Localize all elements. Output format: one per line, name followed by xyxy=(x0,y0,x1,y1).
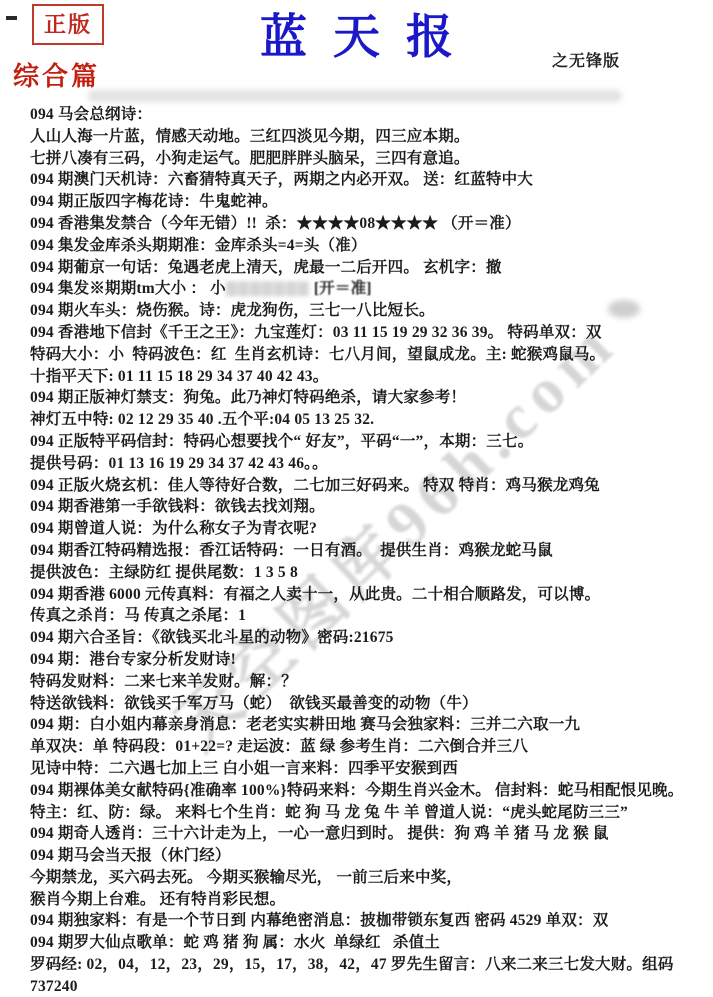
text-line: 特主：红、防：绿。 来料七个生肖：蛇 狗 马 龙 兔 牛 羊 曾道人说：“虎头蛇… xyxy=(30,802,692,824)
text-line: 094 香港地下信封《千王之王》：九宝莲灯：03 11 15 19 29 32 … xyxy=(30,322,692,344)
text-line-content: 094 期：港台专家分析发财诗! xyxy=(30,651,236,668)
text-line: 特送欲钱料：欲钱买千军万马（蛇） 欲钱买最善变的动物（牛） xyxy=(30,693,692,715)
text-line: 094 期火车头：烧伤猴。诗：虎龙狗伤，三七一八比短长。 xyxy=(30,300,692,322)
text-line-content: 094 期罗大仙点歌单：蛇 鸡 猪 狗 属：水火 单绿红 杀值土 xyxy=(30,934,440,951)
text-line: 094 期马会当天报（休门经） xyxy=(30,845,692,867)
text-line-content: 特码发财料：二来七来羊发财。解：？ xyxy=(30,673,297,690)
text-line: 094 期葡京一句话：兔遇老虎上清天，虎最一二后开四。 玄机字：撤 xyxy=(30,257,692,279)
text-line: 094 期：白小姐内幕亲身消息：老老实实耕田地 赛马会独家料：三并二六取一九 xyxy=(30,714,692,736)
text-line: 094 期独家料：有是一个节日到 内幕绝密消息：披枷带锁东复西 密码 4529 … xyxy=(30,910,692,932)
text-line: 094 期正版神灯禁支：狗兔。此乃神灯特码绝杀，请大家参考！ xyxy=(30,387,692,409)
newspaper-page: 正版 蓝天报 之无锋版 综合篇 天空图库96h.com 094 马会总纲诗：人山… xyxy=(0,0,713,997)
text-line: 特码大小：小 特码波色：红 生肖玄机诗：七八月间，望鼠成龙。主: 蛇猴鸡鼠马。 xyxy=(30,344,692,366)
text-line-content: 094 期正版神灯禁支：狗兔。此乃神灯特码绝杀，请大家参考！ xyxy=(30,389,466,406)
text-line: 七拼八凑有三码，小狗走运气。肥肥胖胖头脑呆，三四有意追。 xyxy=(30,148,692,170)
text-line: 094 期曾道人说：为什么称女子为青衣呢? xyxy=(30,518,692,540)
text-line: 神灯五中特: 02 12 29 35 40 .五个平:04 05 13 25 3… xyxy=(30,409,692,431)
text-line: 094 期奇人透肖：三十六计走为上，一心一意归到时。 提供：狗 鸡 羊 猪 马 … xyxy=(30,823,692,845)
text-line-content: 十指平天下: 01 11 15 18 29 34 37 40 42 43。 xyxy=(30,368,328,385)
text-line-content: 特送欲钱料：欲钱买千军万马（蛇） 欲钱买最善变的动物（牛） xyxy=(30,695,478,712)
text-line-content: 094 期澳门天机诗：六畜猜特真天子，两期之内必开双。 送：红蓝特中大 xyxy=(30,171,533,188)
text-line: 今期禁龙，买六码去死。 今期买猴输尽光， 一前三后来中奖， xyxy=(30,867,692,889)
text-line: 094 期六合圣旨：《欲钱买北斗星的动物》密码:21675 xyxy=(30,627,692,649)
text-line-content: 094 期裸体美女献特码{准确率 100%}特码来料：今期生肖兴金木。 信封料：… xyxy=(30,782,683,799)
text-line-content: 094 香港集发禁合（今年无错）!! 杀：★★★★08★★★★ （开＝准） xyxy=(30,215,521,232)
text-line-content: 人山人海一片蓝，情感天动地。三红四淡见今期，四三应本期。 xyxy=(30,128,470,145)
text-line-content: 传真之杀肖：马 传真之杀尾：1 xyxy=(30,607,246,624)
text-line: 094 期香港 6000 元传真料：有福之人卖十一，从此贵。二十相合顺路发，可以… xyxy=(30,584,692,606)
text-line-content: 神灯五中特: 02 12 29 35 40 .五个平:04 05 13 25 3… xyxy=(30,411,374,428)
text-line-content: 094 期正版四字梅花诗：牛鬼蛇神。 xyxy=(30,193,278,210)
semi-obscured-text: [开＝准] xyxy=(310,278,372,300)
text-line: 094 正版火烧玄机：佳人等待好合数，二七加三好码来。 特双 特肖：鸡马猴龙鸡兔 xyxy=(30,475,692,497)
text-line-content: 094 正版特平码信封：特码心想要找个“ 好友”，平码“一”，本期：三七。 xyxy=(30,433,533,450)
text-line-content: 094 马会总纲诗： xyxy=(30,106,152,123)
scan-smudge-band xyxy=(88,90,622,102)
text-line: 见诗中特：二六遇七加上三 白小姐一言来料：四季平安猴到西 xyxy=(30,758,692,780)
text-line-content: 094 期曾道人说：为什么称女子为青衣呢? xyxy=(30,520,317,537)
text-line-content: 今期禁龙，买六码去死。 今期买猴输尽光， 一前三后来中奖， xyxy=(30,869,462,886)
text-line: 094 集发金库杀头期期准：金库杀头=4=头（准） xyxy=(30,235,692,257)
text-line: 094 期罗大仙点歌单：蛇 鸡 猪 狗 属：水火 单绿红 杀值土 xyxy=(30,932,692,954)
tips-text-block: 094 马会总纲诗：人山人海一片蓝，情感天动地。三红四淡见今期，四三应本期。七拼… xyxy=(30,104,692,997)
text-line-content: 094 期：白小姐内幕亲身消息：老老实实耕田地 赛马会独家料：三并二六取一九 xyxy=(30,716,580,733)
text-line-content: 见诗中特：二六遇七加上三 白小姐一言来料：四季平安猴到西 xyxy=(30,760,458,777)
text-line-content: 提供号码：01 13 16 19 29 34 37 42 43 46。。 xyxy=(30,455,328,472)
text-line: 094 马会总纲诗： xyxy=(30,104,692,126)
text-line-content: 提供波色：主绿防红 提供尾数：1 3 5 8 xyxy=(30,564,298,581)
text-line: 094 期裸体美女献特码{准确率 100%}特码来料：今期生肖兴金木。 信封料：… xyxy=(30,780,692,802)
edition-label: 之无锋版 xyxy=(552,48,620,71)
text-line: 提供号码：01 13 16 19 29 34 37 42 43 46。。 xyxy=(30,453,692,475)
text-line: 094 香港集发禁合（今年无错）!! 杀：★★★★08★★★★ （开＝准） xyxy=(30,213,692,235)
text-line-content: 094 期奇人透肖：三十六计走为上，一心一意归到时。 提供：狗 鸡 羊 猪 马 … xyxy=(30,825,609,842)
text-line-content: 罗码经: 02，04，12，23，29，15，17，38，42，47 罗先生留言… xyxy=(30,956,678,995)
text-line: 094 期澳门天机诗：六畜猜特真天子，两期之内必开双。 送：红蓝特中大 xyxy=(30,169,692,191)
text-line: 094 集发※期期tm大小 ： 小▒▒▒▒▒▒▒ [开＝准] xyxy=(30,278,692,300)
obscured-text: ▒▒▒▒▒▒▒ xyxy=(226,280,310,299)
text-line-content: 特主：红、防：绿。 来料七个生肖：蛇 狗 马 龙 兔 牛 羊 曾道人说：“虎头蛇… xyxy=(30,804,628,821)
text-line: 提供波色：主绿防红 提供尾数：1 3 5 8 xyxy=(30,562,692,584)
text-line-content: 094 期香江特码精选报：香江话特码：一日有酒。 提供生肖：鸡猴龙蛇马鼠 xyxy=(30,542,553,559)
text-line-content: 094 期独家料：有是一个节日到 内幕绝密消息：披枷带锁东复西 密码 4529 … xyxy=(30,912,608,929)
text-line: 十指平天下: 01 11 15 18 29 34 37 40 42 43。 xyxy=(30,366,692,388)
text-line-content: 094 期香港 6000 元传真料：有福之人卖十一，从此贵。二十相合顺路发，可以… xyxy=(30,586,600,603)
section-title: 综合篇 xyxy=(13,56,100,93)
text-line-content: 094 期葡京一句话：兔遇老虎上清天，虎最一二后开四。 玄机字：撤 xyxy=(30,259,502,276)
text-line: 猴肖今期上台难。 还有特肖彩民想。 xyxy=(30,889,692,911)
text-line-content: 单双决：单 特码段：01+22=? 走运波：蓝 绿 参考生肖：二六倒合并三八 xyxy=(30,738,528,755)
text-line-content: 094 期六合圣旨：《欲钱买北斗星的动物》密码:21675 xyxy=(30,629,394,646)
text-line-content: 特码大小：小 特码波色：红 生肖玄机诗：七八月间，望鼠成龙。主: 蛇猴鸡鼠马。 xyxy=(30,346,605,363)
text-line-content: 094 香港地下信封《千王之王》：九宝莲灯：03 11 15 19 29 32 … xyxy=(30,324,602,341)
text-line-content: 094 期马会当天报（休门经） xyxy=(30,847,231,864)
text-line: 罗码经: 02，04，12，23，29，15，17，38，42，47 罗先生留言… xyxy=(30,954,692,997)
text-line: 传真之杀肖：马 传真之杀尾：1 xyxy=(30,605,692,627)
text-line: 094 期正版四字梅花诗：牛鬼蛇神。 xyxy=(30,191,692,213)
text-line: 特码发财料：二来七来羊发财。解：？ xyxy=(30,671,692,693)
text-line: 094 正版特平码信封：特码心想要找个“ 好友”，平码“一”，本期：三七。 xyxy=(30,431,692,453)
text-line: 094 期香港第一手欲钱料：欲钱去找刘翔。 xyxy=(30,496,692,518)
text-line: 094 期：港台专家分析发财诗! xyxy=(30,649,692,671)
text-line-content: 094 期香港第一手欲钱料：欲钱去找刘翔。 xyxy=(30,498,325,515)
text-line-content: 七拼八凑有三码，小狗走运气。肥肥胖胖头脑呆，三四有意追。 xyxy=(30,150,470,167)
text-line: 人山人海一片蓝，情感天动地。三红四淡见今期，四三应本期。 xyxy=(30,126,692,148)
text-line: 单双决：单 特码段：01+22=? 走运波：蓝 绿 参考生肖：二六倒合并三八 xyxy=(30,736,692,758)
text-line: 094 期香江特码精选报：香江话特码：一日有酒。 提供生肖：鸡猴龙蛇马鼠 xyxy=(30,540,692,562)
text-line-content: 094 集发※期期tm大小 ： 小 xyxy=(30,280,226,297)
text-line-content: 094 正版火烧玄机：佳人等待好合数，二七加三好码来。 特双 特肖：鸡马猴龙鸡兔 xyxy=(30,477,600,494)
text-line-content: 猴肖今期上台难。 还有特肖彩民想。 xyxy=(30,891,285,908)
text-line-content: 094 期火车头：烧伤猴。诗：虎龙狗伤，三七一八比短长。 xyxy=(30,302,435,319)
text-line-content: 094 集发金库杀头期期准：金库杀头=4=头（准） xyxy=(30,237,367,254)
